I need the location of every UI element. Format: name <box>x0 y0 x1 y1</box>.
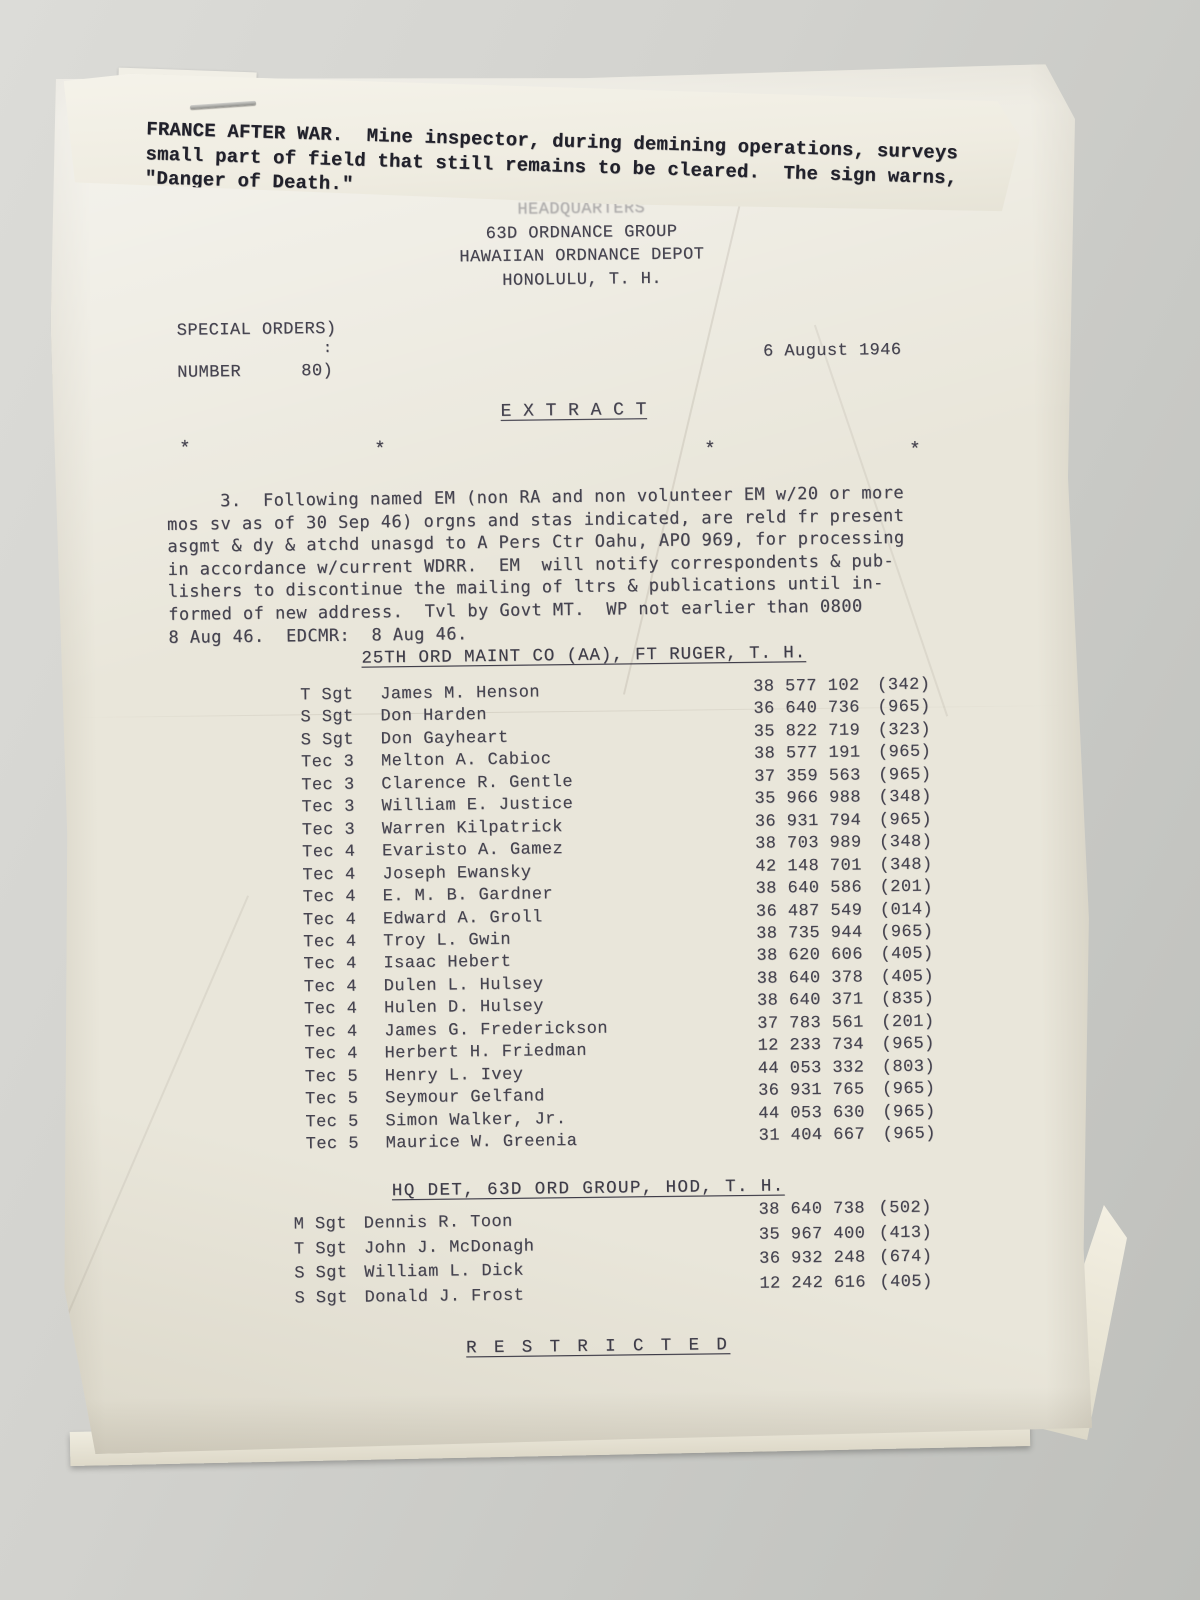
roster-code: (965) <box>878 764 932 787</box>
roster-serial: 38 735 944 <box>756 922 880 946</box>
roster-code: (342) <box>877 675 931 698</box>
roster-code: (201) <box>879 877 933 900</box>
roster-code: (965) <box>880 922 934 945</box>
roster-code: (803) <box>882 1056 936 1079</box>
roster-code: (965) <box>882 1124 936 1147</box>
roster-serial: 37 783 561 <box>757 1012 881 1036</box>
roster-serial: 44 053 332 <box>758 1057 882 1081</box>
roster-serial: 36 640 736 <box>753 698 877 722</box>
roster-grade: Tec 4 <box>302 864 382 887</box>
roster-code: (965) <box>881 1034 935 1057</box>
roster-code: (405) <box>881 966 935 989</box>
roster-code: (835) <box>881 989 935 1012</box>
roster-grade: Tec 3 <box>301 752 381 775</box>
roster-grade: Tec 4 <box>304 1021 384 1044</box>
special-orders-label: SPECIAL ORDERS) <box>177 319 337 344</box>
roster-grade: Tec 3 <box>301 774 381 797</box>
roster-serial: 38 640 738 <box>758 1197 878 1223</box>
roster-grade: S Sgt <box>300 707 380 730</box>
document-date: 6 August 1946 <box>763 340 902 364</box>
roster-serial: 38 640 378 <box>757 967 881 991</box>
roster-serial: 35 966 988 <box>754 788 878 812</box>
asterisk-separator: * <box>374 438 386 461</box>
roster-grade: Tec 4 <box>303 931 383 954</box>
orders-number-value: 80) <box>301 361 333 384</box>
roster-grade: Tec 4 <box>302 842 382 865</box>
roster-serial: 42 148 701 <box>755 855 879 879</box>
roster-code: (965) <box>882 1101 936 1124</box>
roster-serial: 38 577 191 <box>754 743 878 767</box>
roster-table: M SgtDennis R. Toon38 640 738(502)T SgtJ… <box>294 1206 933 1312</box>
roster-table: T SgtJames M. Henson38 577 102(342)S Sgt… <box>300 678 936 1157</box>
orders-number-label: NUMBER <box>177 362 241 385</box>
roster-grade: S Sgt <box>301 729 381 752</box>
asterisk-separator: * <box>179 438 191 461</box>
asterisk-separator: * <box>909 439 921 462</box>
order-paragraph: 3. Following named EM (non RA and non vo… <box>167 482 906 649</box>
roster-code: (405) <box>879 1270 933 1295</box>
roster-grade: Tec 5 <box>305 1066 385 1089</box>
document-page: HEADQUARTERS 63D ORDNANCE GROUP HAWAIIAN… <box>48 64 1099 1455</box>
roster-code: (323) <box>878 720 932 743</box>
asterisk-separator: * <box>704 438 716 461</box>
roster-grade: Tec 5 <box>305 1111 385 1134</box>
roster-code: (965) <box>877 697 931 720</box>
roster-code: (965) <box>879 809 933 832</box>
roster-code: (965) <box>882 1079 936 1102</box>
roster-serial: 38 577 102 <box>753 675 877 699</box>
roster-name: Maurice W. Greenia <box>386 1129 759 1156</box>
special-orders-colon: : <box>323 338 333 361</box>
roster-code: (014) <box>880 899 934 922</box>
roster-code: (674) <box>879 1246 933 1271</box>
roster-grade: Tec 4 <box>303 954 383 977</box>
roster-serial: 12 233 734 <box>757 1035 881 1059</box>
roster-grade: Tec 5 <box>305 1088 385 1111</box>
roster-grade: M Sgt <box>294 1213 364 1238</box>
roster-serial: 38 640 371 <box>757 990 881 1014</box>
roster-code: (201) <box>881 1011 935 1034</box>
roster-grade: Tec 3 <box>301 797 381 820</box>
roster-code: (348) <box>879 832 933 855</box>
roster-grade: Tec 4 <box>303 909 383 932</box>
roster-serial: 37 359 563 <box>754 765 878 789</box>
roster-serial: 35 967 400 <box>759 1222 879 1248</box>
roster-name: Donald J. Frost <box>364 1282 759 1311</box>
roster-code: (348) <box>879 854 933 877</box>
roster-grade: Tec 3 <box>302 819 382 842</box>
roster-serial: 38 640 586 <box>755 877 879 901</box>
roster-code: (348) <box>878 787 932 810</box>
extract-title: E X T R A C T <box>57 394 1091 429</box>
crease-line <box>40 896 248 1378</box>
roster-grade: Tec 4 <box>304 1044 384 1067</box>
roster-grade: S Sgt <box>294 1286 364 1311</box>
unit-section-title: HQ DET, 63D ORD GROUP, HOD, T. H. <box>71 1172 1105 1207</box>
roster-grade: Tec 5 <box>306 1133 386 1156</box>
roster-code: (502) <box>878 1197 932 1222</box>
roster-serial: 36 931 794 <box>755 810 879 834</box>
roster-grade: Tec 4 <box>304 999 384 1022</box>
roster-serial: 35 822 719 <box>754 720 878 744</box>
classification-marking: R E S T R I C T E D <box>81 1329 1115 1364</box>
roster-code: (965) <box>878 742 932 765</box>
roster-serial: 38 703 989 <box>755 832 879 856</box>
roster-grade: T Sgt <box>294 1237 364 1262</box>
roster-serial: 36 932 248 <box>759 1246 879 1272</box>
roster-serial: 44 053 630 <box>758 1102 882 1126</box>
roster-serial: 38 620 606 <box>756 945 880 969</box>
roster-code: (413) <box>879 1221 933 1246</box>
roster-grade: S Sgt <box>294 1262 364 1287</box>
roster-grade: T Sgt <box>300 684 380 707</box>
roster-serial: 36 931 765 <box>758 1079 882 1103</box>
roster-grade: Tec 4 <box>303 886 383 909</box>
roster-code: (405) <box>880 944 934 967</box>
photo-background: { "colors":{"background":"#ccccc8","pape… <box>0 0 1200 1600</box>
roster-grade: Tec 4 <box>304 976 384 999</box>
roster-serial: 12 242 616 <box>759 1271 879 1297</box>
roster-serial: 36 487 549 <box>756 900 880 924</box>
roster-serial: 31 404 667 <box>758 1124 882 1148</box>
